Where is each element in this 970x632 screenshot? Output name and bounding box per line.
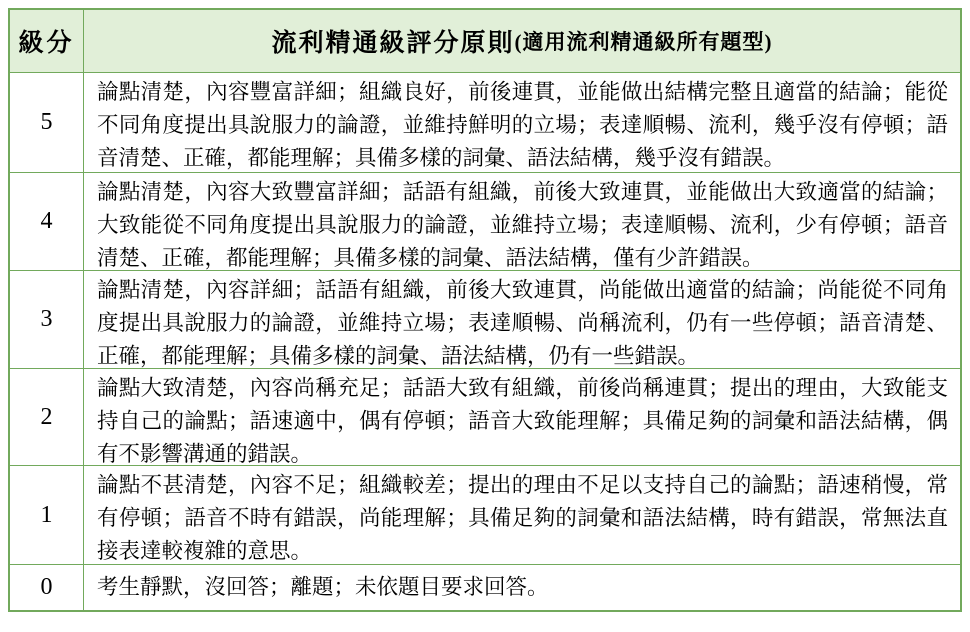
- score-level-4: 4: [10, 173, 84, 270]
- score-description-2: 論點大致清楚，內容尚稱充足；話語大致有組織，前後尚稱連貫；提出的理由，大致能支持…: [84, 369, 960, 465]
- header-level-label: 級分: [10, 10, 84, 72]
- score-level-3: 3: [10, 271, 84, 368]
- score-row-1: 1 論點不甚清楚，內容不足；組織較差；提出的理由不足以支持自己的論點；語速稍慢，…: [10, 465, 960, 564]
- header-title-main: 流利精通級評分原則: [271, 23, 514, 59]
- score-row-0: 0 考生靜默，沒回答；離題；未依題目要求回答。: [10, 564, 960, 610]
- score-description-3: 論點清楚，內容詳細；話語有組織，前後大致連貫，尚能做出適當的結論；尚能從不同角度…: [84, 271, 960, 368]
- header-title-cell: 流利精通級評分原則(適用流利精通級所有題型): [84, 10, 960, 72]
- score-description-5: 論點清楚，內容豐富詳細；組織良好，前後連貫，並能做出結構完整且適當的結論；能從不…: [84, 73, 960, 172]
- score-row-5: 5 論點清楚，內容豐富詳細；組織良好，前後連貫，並能做出結構完整且適當的結論；能…: [10, 72, 960, 172]
- score-description-4: 論點清楚，內容大致豐富詳細；話語有組織，前後大致連貫，並能做出大致適當的結論；大…: [84, 173, 960, 270]
- scoring-rubric-table: 級分 流利精通級評分原則(適用流利精通級所有題型) 5 論點清楚，內容豐富詳細；…: [8, 8, 962, 612]
- score-level-1: 1: [10, 466, 84, 564]
- score-description-0: 考生靜默，沒回答；離題；未依題目要求回答。: [84, 565, 960, 610]
- score-row-4: 4 論點清楚，內容大致豐富詳細；話語有組織，前後大致連貫，並能做出大致適當的結論…: [10, 172, 960, 270]
- score-level-5: 5: [10, 73, 84, 172]
- score-level-0: 0: [10, 565, 84, 610]
- score-description-1: 論點不甚清楚，內容不足；組織較差；提出的理由不足以支持自己的論點；語速稍慢，常有…: [84, 466, 960, 564]
- score-level-2: 2: [10, 369, 84, 465]
- score-row-2: 2 論點大致清楚，內容尚稱充足；話語大致有組織，前後尚稱連貫；提出的理由，大致能…: [10, 368, 960, 465]
- score-row-3: 3 論點清楚，內容詳細；話語有組織，前後大致連貫，尚能做出適當的結論；尚能從不同…: [10, 270, 960, 368]
- header-title-note: (適用流利精通級所有題型): [515, 26, 773, 56]
- table-header-row: 級分 流利精通級評分原則(適用流利精通級所有題型): [10, 10, 960, 72]
